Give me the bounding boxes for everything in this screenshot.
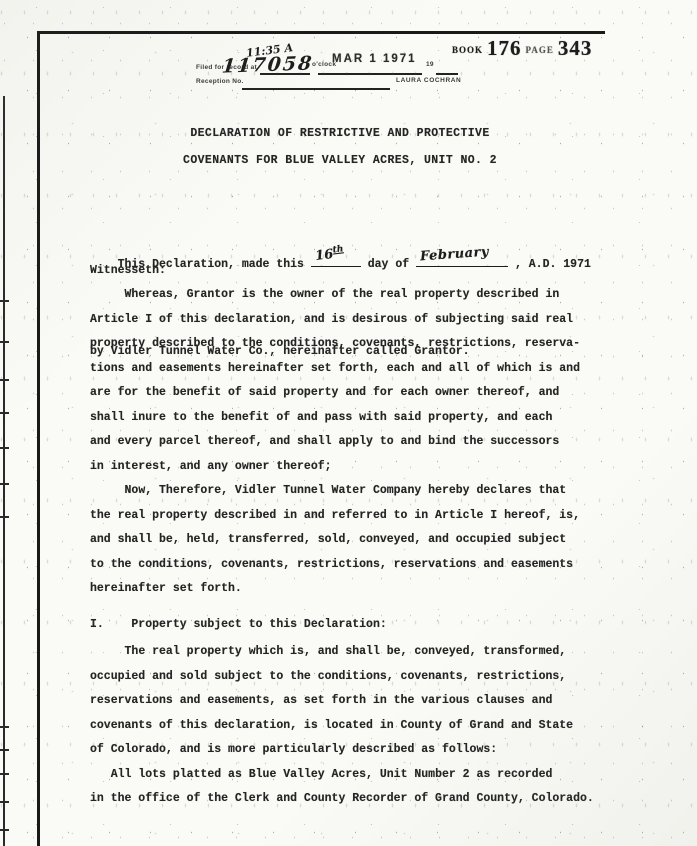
reception-label: Reception No. [196, 78, 244, 85]
title-line-1: DECLARATION OF RESTRICTIVE AND PROTECTIV… [85, 121, 595, 148]
stamp-reception-line [242, 88, 390, 90]
stamp-date-line [318, 73, 422, 75]
edge-tick [0, 516, 9, 518]
page-border-top [37, 31, 605, 34]
intro-line1-post: , A.D. 1971 [508, 258, 591, 271]
recorder-name: LAURA COCHRAN [396, 77, 461, 84]
edge-tick [0, 483, 9, 485]
whereas-paragraph: Whereas, Grantor is the owner of the rea… [90, 283, 580, 479]
page-number: 343 [558, 36, 593, 60]
handwritten-month: February [419, 238, 490, 272]
edge-tick [0, 447, 9, 449]
month-blank: February [416, 266, 508, 267]
book-page-header: BOOK 176 PAGE 343 [452, 36, 592, 61]
edge-tick [0, 300, 9, 302]
edge-tick [0, 379, 9, 381]
day-blank: 16th [311, 266, 361, 267]
edge-tick [0, 773, 9, 775]
edge-tick [0, 801, 9, 803]
document-page: BOOK 176 PAGE 343 Filed for record at o'… [0, 0, 697, 846]
title-line-2: COVENANTS FOR BLUE VALLEY ACRES, UNIT NO… [85, 148, 595, 175]
handwritten-reception-number: 117058 [221, 52, 315, 77]
intro-line1-mid: day of [361, 258, 416, 271]
document-title: DECLARATION OF RESTRICTIVE AND PROTECTIV… [85, 121, 595, 174]
recording-stamp: Filed for record at o'clock MAR 1 1971 1… [194, 44, 464, 94]
property-description-paragraph: The real property which is, and shall be… [90, 640, 594, 812]
edge-tick [0, 749, 9, 751]
section-1-heading: I. Property subject to this Declaration: [90, 613, 387, 638]
edge-tick [0, 341, 9, 343]
book-number: 176 [487, 36, 522, 60]
witnesseth-heading: Witnesseth: [90, 259, 166, 284]
handwritten-day: 16th [313, 235, 346, 271]
scan-edge-line [3, 96, 5, 846]
edge-tick [0, 412, 9, 414]
now-therefore-paragraph: Now, Therefore, Vidler Tunnel Water Comp… [90, 479, 580, 602]
edge-tick [0, 726, 9, 728]
page-border-left [37, 31, 40, 846]
year-suffix: 19 [426, 61, 434, 68]
date-stamp: MAR 1 1971 [332, 53, 417, 65]
stamp-year-line [436, 73, 458, 75]
page-label: PAGE [526, 45, 554, 55]
edge-tick [0, 829, 9, 831]
